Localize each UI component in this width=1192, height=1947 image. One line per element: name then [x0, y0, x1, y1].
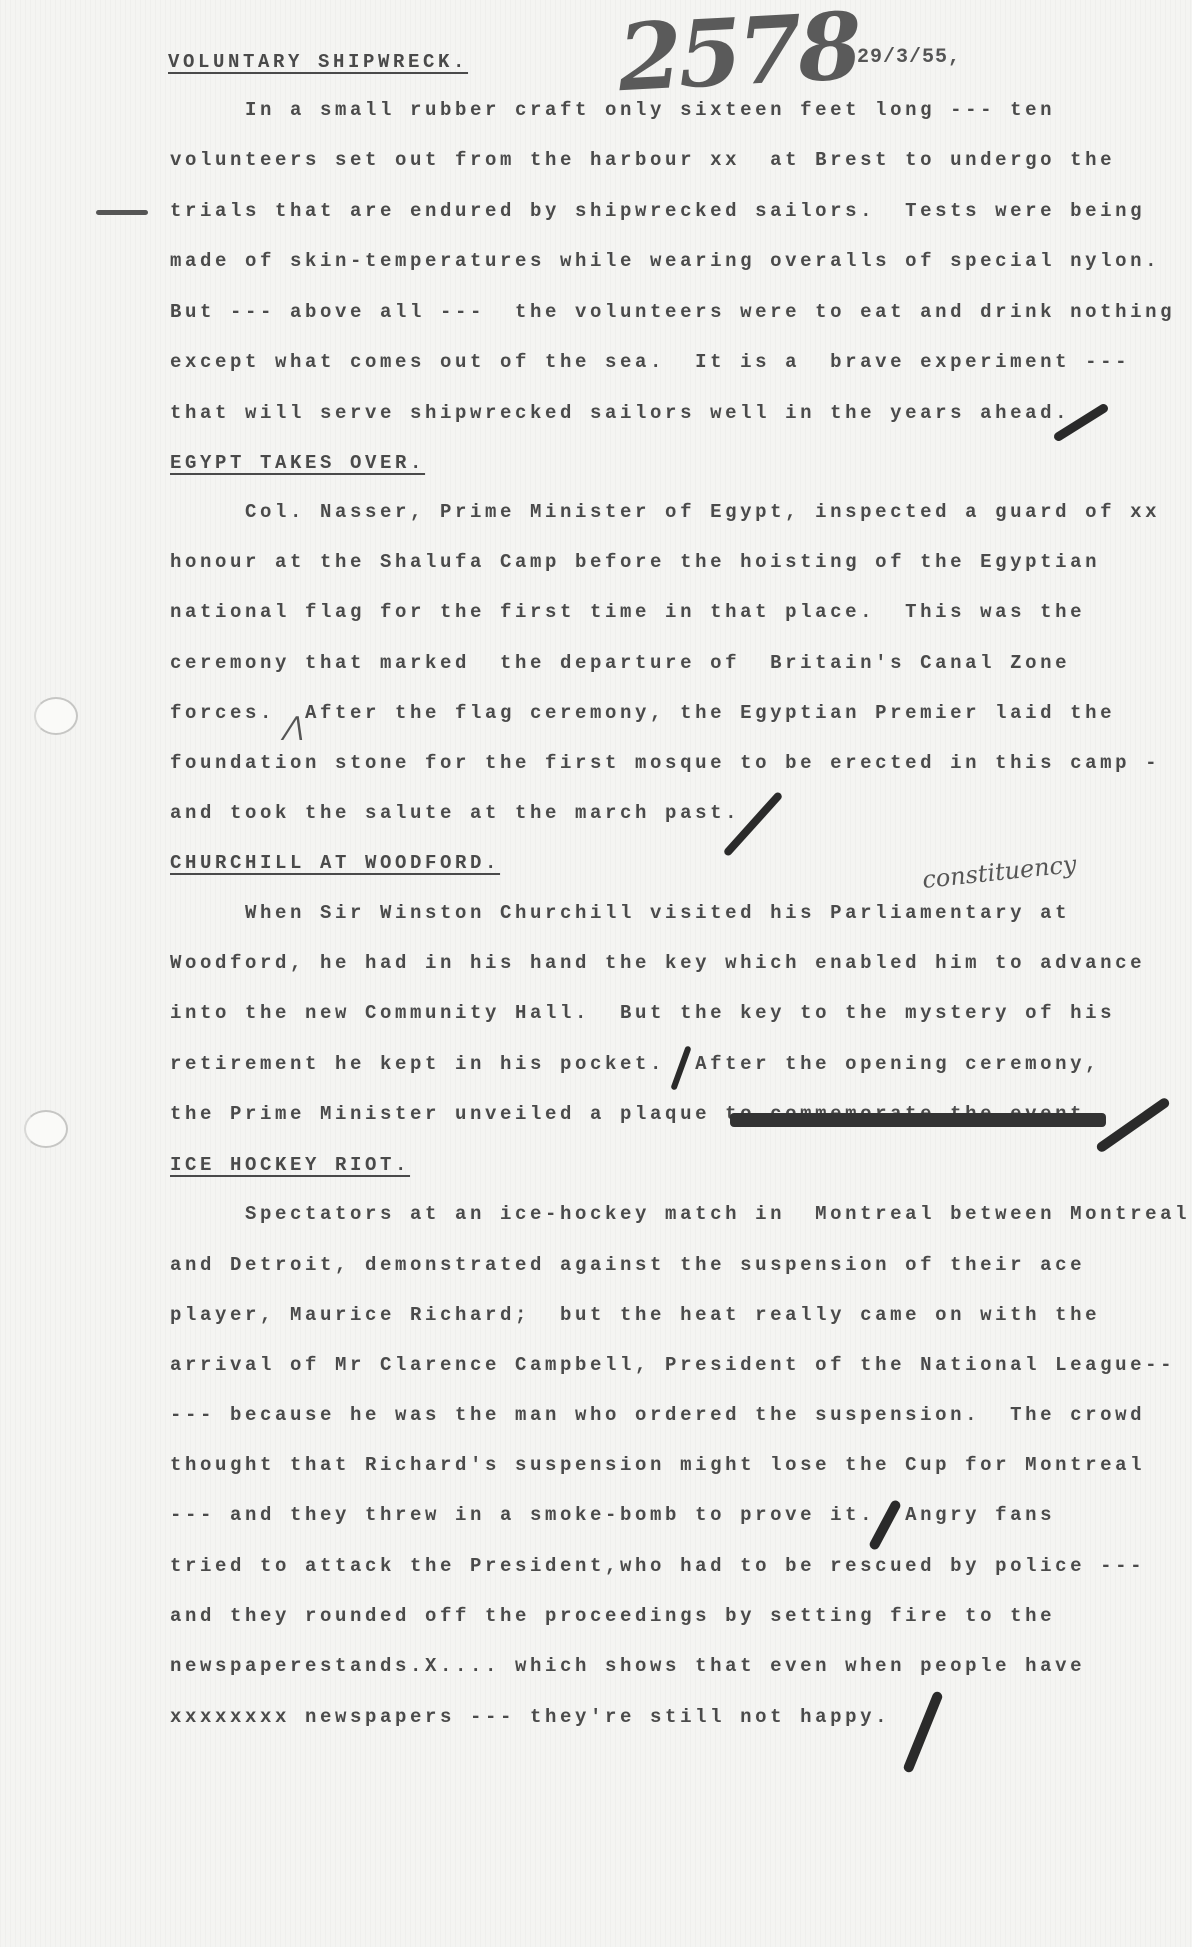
body-line: trials that are endured by shipwrecked s… [170, 199, 1145, 223]
body-line: In a small rubber craft only sixteen fee… [170, 98, 1055, 122]
body-line: made of skin-temperatures while wearing … [170, 249, 1160, 273]
body-line: national flag for the first time in that… [170, 600, 1085, 624]
body-line: except what comes out of the sea. It is … [170, 350, 1130, 374]
body-line: ceremony that marked the departure of Br… [170, 651, 1070, 675]
body-line: and took the salute at the march past. [170, 801, 740, 825]
body-line: arrival of Mr Clarence Campbell, Preside… [170, 1353, 1175, 1377]
handwritten-document-number: 2578 [615, 0, 860, 112]
body-line: newspaperestands.X.... which shows that … [170, 1654, 1085, 1678]
body-line: Spectators at an ice-hockey match in Mon… [170, 1202, 1190, 1226]
section-heading-voluntary-shipwreck: VOLUNTARY SHIPWRECK. [168, 50, 468, 74]
body-line: honour at the Shalufa Camp before the ho… [170, 550, 1100, 574]
body-line: But --- above all --- the volunteers wer… [170, 300, 1175, 324]
body-line: Col. Nasser, Prime Minister of Egypt, in… [170, 500, 1160, 524]
document-date: 29/3/55, [857, 46, 961, 69]
handwritten-insertion-constituency: constituency [921, 850, 1078, 894]
section-heading-ice-hockey-riot: ICE HOCKEY RIOT. [170, 1153, 410, 1177]
body-line: volunteers set out from the harbour xx a… [170, 148, 1115, 172]
body-line: forces. After the flag ceremony, the Egy… [170, 701, 1115, 725]
body-line: --- because he was the man who ordered t… [170, 1403, 1145, 1427]
body-line: When Sir Winston Churchill visited his P… [170, 901, 1070, 925]
redaction-scribble [730, 1113, 1106, 1127]
body-line: player, Maurice Richard; but the heat re… [170, 1303, 1100, 1327]
body-line: Woodford, he had in his hand the key whi… [170, 951, 1145, 975]
section-heading-churchill-at-woodford: CHURCHILL AT WOODFORD. [170, 851, 500, 875]
punch-hole-top [34, 697, 78, 735]
body-line: thought that Richard's suspension might … [170, 1453, 1145, 1477]
punch-hole-bottom [24, 1110, 68, 1148]
edit-slash-mark [902, 1690, 943, 1773]
body-line: --- and they threw in a smoke-bomb to pr… [170, 1503, 1055, 1527]
body-line: tried to attack the President,who had to… [170, 1554, 1145, 1578]
body-line: retirement he kept in his pocket. After … [170, 1052, 1100, 1076]
body-line: and Detroit, demonstrated against the su… [170, 1253, 1085, 1277]
body-line: that will serve shipwrecked sailors well… [170, 401, 1070, 425]
margin-mark [96, 210, 148, 215]
edit-slash-mark [1095, 1096, 1171, 1154]
body-line: foundation stone for the first mosque to… [170, 751, 1160, 775]
body-line: xxxxxxxx newspapers --- they're still no… [170, 1705, 890, 1729]
section-heading-egypt-takes-over: EGYPT TAKES OVER. [170, 451, 425, 475]
body-line: and they rounded off the proceedings by … [170, 1604, 1055, 1628]
body-line: into the new Community Hall. But the key… [170, 1001, 1115, 1025]
insertion-caret: ⋀ [282, 712, 303, 742]
typed-document-page: 2578 29/3/55, VOLUNTARY SHIPWRECK. In a … [0, 0, 1192, 1947]
